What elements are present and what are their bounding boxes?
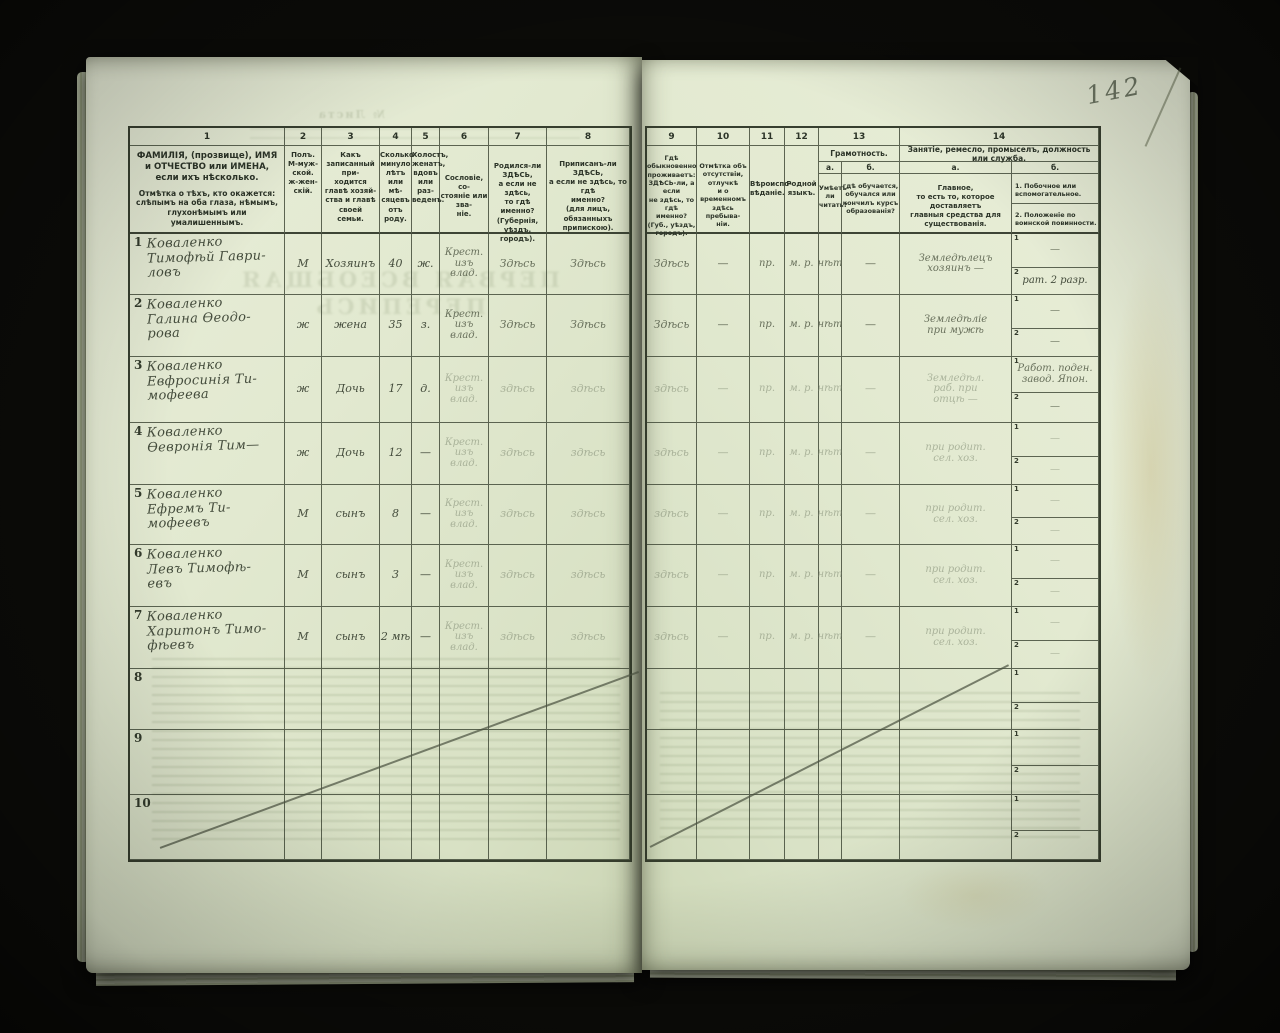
row-lives-cell (647, 669, 697, 730)
handwritten-registered (547, 730, 629, 794)
handwritten-absence: — (697, 607, 749, 668)
row-language-cell: м. р. (785, 423, 819, 485)
handwritten-reads: нѣт (819, 234, 841, 294)
row-relation-cell: жена (322, 295, 380, 357)
row-sex-cell (285, 669, 322, 730)
row-language-cell: м. р. (785, 234, 819, 295)
handwritten-estate: Крест. изъ влад. (440, 485, 488, 544)
row-military-cell: 2— (1012, 329, 1099, 357)
row-education-cell: — (842, 295, 900, 357)
row-age-cell: 17 (380, 357, 412, 423)
header-born: Родился-ли ЗДѢСЬ, а если не здѣсь, то гд… (489, 146, 547, 234)
row-age-cell: 2 мѣ (380, 607, 412, 669)
row-estate-cell: Крест. изъ влад. (440, 423, 489, 485)
handwritten-occ_side: — (1012, 234, 1098, 267)
row-age-cell (380, 730, 412, 795)
handwritten-age: 3 (380, 545, 411, 606)
row-sex-cell: М (285, 607, 322, 669)
handwritten-education: — (842, 485, 899, 544)
handwritten-name: Коваленко Харитонъ Тимо- фѣевъ (129, 605, 284, 655)
handwritten-religion: пр. (750, 357, 784, 422)
header-occupation-side: 1. Побочное или вспомогательное. (1012, 174, 1099, 204)
row-name-cell: 9 (130, 730, 285, 795)
row-language-cell: м. р. (785, 357, 819, 423)
row-occ_side-cell: 1— (1012, 295, 1099, 329)
row-relation-cell: Дочь (322, 357, 380, 423)
row-sex-cell: М (285, 234, 322, 295)
row-religion-cell (750, 669, 785, 730)
row-language-cell: м. р. (785, 485, 819, 545)
header-reads: Умѣетъ- ли читать? (819, 174, 842, 234)
row-language-cell (785, 669, 819, 730)
handwritten-marital: ж. (412, 234, 439, 294)
handwritten-lives (647, 730, 696, 794)
handwritten-education: — (842, 545, 899, 606)
row-absence-cell (697, 795, 750, 860)
row-absence-cell: — (697, 485, 750, 545)
row-sex-cell: М (285, 545, 322, 607)
handwritten-relation: Дочь (322, 423, 379, 484)
handwritten-age: 40 (380, 234, 411, 294)
row-age-cell (380, 795, 412, 860)
row-name-cell: 4Коваленко Ѳевронія Тим— (130, 423, 285, 485)
handwritten-education: — (842, 295, 899, 356)
row-age-cell: 8 (380, 485, 412, 545)
header-literacy-a-letter: а. (819, 162, 842, 174)
handwritten-absence: — (697, 295, 749, 356)
handwritten-name: Коваленко Галина Ѳеодо- рова (129, 293, 284, 343)
header-name-title: ФАМИЛІЯ, (прозвище), ИМЯ и ОТЧЕСТВО или … (134, 151, 280, 185)
row-reads-cell: нѣт (819, 545, 842, 607)
handwritten-lives: Здѣсь (647, 234, 696, 294)
column-number-3: 3 (322, 128, 380, 146)
handwritten-reads (819, 730, 841, 794)
row-absence-cell (697, 669, 750, 730)
handwritten-military: — (1012, 457, 1098, 484)
row-age-cell: 40 (380, 234, 412, 295)
handwritten-education: — (842, 234, 899, 294)
column-number-10: 10 (697, 128, 750, 146)
handwritten-registered (547, 795, 629, 859)
row-occ_side-cell: 1— (1012, 607, 1099, 641)
handwritten-registered: Здѣсь (547, 234, 629, 294)
row-reads-cell: нѣт (819, 485, 842, 545)
row-military-cell: 2— (1012, 579, 1099, 607)
handwritten-reads: нѣт (819, 357, 841, 422)
header-literacy-group: Грамотность. (819, 146, 900, 162)
handwritten-language: м. р. (785, 234, 818, 294)
handwritten-name: Коваленко Ефремъ Ти- мофеевъ (129, 483, 284, 533)
row-military-cell: 2— (1012, 393, 1099, 423)
handwritten-estate: Крест. изъ влад. (440, 234, 488, 294)
row-occ_main-cell: при родит. сел. хоз. (900, 423, 1012, 485)
handwritten-occ_side: Работ. поден. завод. Япон. (1012, 357, 1098, 392)
row-born-cell: здѣсь (489, 545, 547, 607)
row-education-cell (842, 669, 900, 730)
handwritten-occ_main (900, 730, 1011, 794)
row-born-cell (489, 730, 547, 795)
handwritten-born: здѣсь (489, 357, 546, 422)
row-registered-cell (547, 795, 630, 860)
column-number-9: 9 (647, 128, 697, 146)
row-absence-cell: — (697, 545, 750, 607)
handwritten-military: — (1012, 641, 1098, 668)
row-reads-cell (819, 730, 842, 795)
handwritten-language (785, 795, 818, 859)
row-reads-cell: нѣт (819, 357, 842, 423)
handwritten-born: Здѣсь (489, 295, 546, 356)
handwritten-relation (322, 669, 379, 729)
row-military-cell: 2— (1012, 457, 1099, 485)
row-name-cell: 8 (130, 669, 285, 730)
row-registered-cell: Здѣсь (547, 295, 630, 357)
row-military-cell: 2 (1012, 831, 1099, 860)
row-age-cell: 3 (380, 545, 412, 607)
header-lives: Гдѣ обыкновенно проживаетъ: ЗДѢСЬ-ли, а … (647, 146, 697, 234)
row-occ_main-cell (900, 669, 1012, 730)
column-number-14: 14 (900, 128, 1099, 146)
handwritten-age: 2 мѣ (380, 607, 411, 668)
handwritten-occ_side (1012, 730, 1098, 765)
handwritten-born (489, 795, 546, 859)
handwritten-marital (412, 669, 439, 729)
row-education-cell: — (842, 607, 900, 669)
row-education-cell: — (842, 545, 900, 607)
handwritten-military (1012, 703, 1098, 729)
handwritten-religion (750, 795, 784, 859)
row-estate-cell: Крест. изъ влад. (440, 607, 489, 669)
handwritten-lives: здѣсь (647, 423, 696, 484)
row-occ_main-cell (900, 795, 1012, 860)
handwritten-sex (285, 730, 321, 794)
handwritten-marital: з. (412, 295, 439, 356)
handwritten-occ_main: при родит. сел. хоз. (900, 423, 1011, 484)
handwritten-occ_main: при родит. сел. хоз. (900, 545, 1011, 606)
header-education: гдѣ обучается, обучался или кончилъ курс… (842, 174, 900, 234)
header-literacy-b-letter: б. (842, 162, 900, 174)
row-registered-cell: Здѣсь (547, 234, 630, 295)
handwritten-education (842, 795, 899, 859)
census-scan: ПЕРВАЯ ВСЕОБЩАЯ ПЕРЕПИСЬ № Листа 142 1 2… (0, 0, 1280, 1033)
handwritten-estate (440, 669, 488, 729)
handwritten-religion: пр. (750, 485, 784, 544)
handwritten-occ_main: Земледѣл. раб. при отцѣ — (900, 357, 1011, 422)
handwritten-estate: Крест. изъ влад. (440, 423, 488, 484)
header-religion: Вѣроиспо- вѣданіе. (750, 146, 785, 234)
handwritten-marital (412, 730, 439, 794)
handwritten-sex: М (285, 607, 321, 668)
row-religion-cell: пр. (750, 485, 785, 545)
row-absence-cell: — (697, 423, 750, 485)
row-lives-cell: здѣсь (647, 485, 697, 545)
handwritten-military (1012, 766, 1098, 794)
row-relation-cell: сынъ (322, 485, 380, 545)
handwritten-sex: М (285, 485, 321, 544)
row-religion-cell: пр. (750, 423, 785, 485)
handwritten-age: 35 (380, 295, 411, 356)
row-religion-cell: пр. (750, 607, 785, 669)
row-education-cell (842, 795, 900, 860)
row-language-cell: м. р. (785, 545, 819, 607)
row-absence-cell: — (697, 357, 750, 423)
row-language-cell: м. р. (785, 295, 819, 357)
header-occupation-a-letter: а. (900, 162, 1012, 174)
row-age-cell: 35 (380, 295, 412, 357)
handwritten-occ_side (1012, 669, 1098, 702)
row-born-cell: здѣсь (489, 485, 547, 545)
row-military-cell: 2рат. 2 разр. (1012, 268, 1099, 295)
row-relation-cell: сынъ (322, 607, 380, 669)
handwritten-born: здѣсь (489, 423, 546, 484)
row-religion-cell: пр. (750, 357, 785, 423)
column-number-7: 7 (489, 128, 547, 146)
row-occ_main-cell: Земледѣл. раб. при отцѣ — (900, 357, 1012, 423)
column-number-12: 12 (785, 128, 819, 146)
row-religion-cell: пр. (750, 234, 785, 295)
handwritten-age: 8 (380, 485, 411, 544)
handwritten-sex (285, 795, 321, 859)
row-occ_main-cell: при родит. сел. хоз. (900, 607, 1012, 669)
row-occ_side-cell: 1 (1012, 730, 1099, 766)
row-sex-cell (285, 730, 322, 795)
handwritten-absence: — (697, 234, 749, 294)
header-name-note: Отмѣтка о тѣхъ, кто окажется: слѣпымъ на… (134, 189, 280, 228)
handwritten-sex: ж (285, 423, 321, 484)
row-absence-cell (697, 730, 750, 795)
handwritten-education (842, 730, 899, 794)
handwritten-name: Коваленко Евфросинія Ти- мофеева (129, 355, 284, 405)
handwritten-born: здѣсь (489, 485, 546, 544)
handwritten-religion (750, 669, 784, 729)
row-estate-cell: Крест. изъ влад. (440, 295, 489, 357)
row-marital-cell: — (412, 607, 440, 669)
handwritten-born (489, 730, 546, 794)
handwritten-registered: здѣсь (547, 545, 629, 606)
handwritten-age (380, 669, 411, 729)
row-education-cell: — (842, 234, 900, 295)
row-relation-cell (322, 795, 380, 860)
handwritten-military (1012, 831, 1098, 859)
handwritten-sex: М (285, 545, 321, 606)
handwritten-lives: здѣсь (647, 357, 696, 422)
handwritten-occ_side: — (1012, 545, 1098, 578)
handwritten-occ_main: при родит. сел. хоз. (900, 607, 1011, 668)
header-registered: Приписанъ-ли ЗДѢСЬ, а если не здѣсь, то … (547, 146, 630, 234)
handwritten-reads: нѣт (819, 295, 841, 356)
handwritten-education: — (842, 423, 899, 484)
row-estate-cell (440, 669, 489, 730)
row-born-cell (489, 795, 547, 860)
handwritten-reads: нѣт (819, 423, 841, 484)
row-registered-cell: здѣсь (547, 423, 630, 485)
handwritten-marital: — (412, 423, 439, 484)
row-name-cell: 3Коваленко Евфросинія Ти- мофеева (130, 357, 285, 423)
row-military-cell: 2— (1012, 641, 1099, 669)
column-number-6: 6 (440, 128, 489, 146)
row-occ_main-cell: Земледѣліе при мужѣ (900, 295, 1012, 357)
census-table-left: 1 2 3 4 5 6 7 8 ФАМИЛІЯ, (прозвище), ИМЯ… (128, 126, 632, 862)
row-registered-cell (547, 730, 630, 795)
handwritten-reads (819, 669, 841, 729)
handwritten-relation: Дочь (322, 357, 379, 422)
row-estate-cell: Крест. изъ влад. (440, 545, 489, 607)
handwritten-born: Здѣсь (489, 234, 546, 294)
row-reads-cell: нѣт (819, 423, 842, 485)
handwritten-lives: здѣсь (647, 607, 696, 668)
row-registered-cell: здѣсь (547, 545, 630, 607)
row-language-cell (785, 795, 819, 860)
row-occ_side-cell: 1— (1012, 545, 1099, 579)
handwritten-lives: здѣсь (647, 485, 696, 544)
handwritten-absence: — (697, 545, 749, 606)
row-name-cell: 1Коваленко Тимофѣй Гаври- ловъ (130, 234, 285, 295)
row-occ_main-cell: при родит. сел. хоз. (900, 545, 1012, 607)
row-reads-cell: нѣт (819, 234, 842, 295)
handwritten-reads (819, 795, 841, 859)
handwritten-absence: — (697, 423, 749, 484)
row-estate-cell (440, 795, 489, 860)
handwritten-relation: сынъ (322, 485, 379, 544)
header-occupation-group: Занятіе, ремесло, промыселъ, должность и… (900, 146, 1099, 162)
row-military-cell: 2 (1012, 766, 1099, 795)
handwritten-registered: Здѣсь (547, 295, 629, 356)
row-occ_main-cell: Земледѣлецъ хозяинъ — (900, 234, 1012, 295)
row-born-cell: здѣсь (489, 607, 547, 669)
handwritten-born (489, 669, 546, 729)
handwritten-absence: — (697, 357, 749, 422)
handwritten-absence (697, 795, 749, 859)
handwritten-occ_side: — (1012, 485, 1098, 517)
row-marital-cell: — (412, 545, 440, 607)
row-marital-cell (412, 795, 440, 860)
row-relation-cell (322, 669, 380, 730)
row-reads-cell (819, 669, 842, 730)
row-name-cell: 2Коваленко Галина Ѳеодо- рова (130, 295, 285, 357)
handwritten-sex: ж (285, 295, 321, 356)
row-name-cell: 5Коваленко Ефремъ Ти- мофеевъ (130, 485, 285, 545)
handwritten-occ_side: — (1012, 295, 1098, 328)
row-lives-cell: здѣсь (647, 357, 697, 423)
handwritten-age: 17 (380, 357, 411, 422)
handwritten-language: м. р. (785, 295, 818, 356)
handwritten-absence (697, 669, 749, 729)
row-registered-cell: здѣсь (547, 357, 630, 423)
row-marital-cell (412, 730, 440, 795)
header-occupation-military: 2. Положеніе по воинской повинности. (1012, 204, 1099, 234)
handwritten-military: рат. 2 разр. (1012, 268, 1098, 294)
column-number-11: 11 (750, 128, 785, 146)
handwritten-military: — (1012, 329, 1098, 356)
row-marital-cell: д. (412, 357, 440, 423)
row-lives-cell (647, 730, 697, 795)
handwritten-religion (750, 730, 784, 794)
header-occupation-b-letter: б. (1012, 162, 1099, 174)
row-age-cell (380, 669, 412, 730)
column-number-13: 13 (819, 128, 900, 146)
handwritten-occ_main: Земледѣліе при мужѣ (900, 295, 1011, 356)
row-absence-cell: — (697, 607, 750, 669)
handwritten-occ_side: — (1012, 607, 1098, 640)
handwritten-sex: М (285, 234, 321, 294)
handwritten-registered: здѣсь (547, 423, 629, 484)
row-born-cell: Здѣсь (489, 234, 547, 295)
handwritten-reads: нѣт (819, 607, 841, 668)
row-marital-cell: — (412, 485, 440, 545)
handwritten-absence: — (697, 485, 749, 544)
row-estate-cell (440, 730, 489, 795)
handwritten-occ_main: Земледѣлецъ хозяинъ — (900, 234, 1011, 294)
handwritten-language (785, 669, 818, 729)
row-absence-cell: — (697, 234, 750, 295)
handwritten-estate (440, 795, 488, 859)
handwritten-language: м. р. (785, 545, 818, 606)
handwritten-military: — (1012, 579, 1098, 606)
column-number-1: 1 (130, 128, 285, 146)
handwritten-religion: пр. (750, 234, 784, 294)
header-name-column: ФАМИЛІЯ, (прозвище), ИМЯ и ОТЧЕСТВО или … (130, 146, 285, 234)
header-marital: Холостъ, женатъ, вдовъ или раз- веденъ. (412, 146, 440, 234)
row-lives-cell: здѣсь (647, 607, 697, 669)
row-education-cell (842, 730, 900, 795)
row-occ_side-cell: 1— (1012, 234, 1099, 268)
handwritten-military: — (1012, 393, 1098, 422)
row-religion-cell (750, 795, 785, 860)
handwritten-relation: сынъ (322, 545, 379, 606)
handwritten-language: м. р. (785, 423, 818, 484)
row-registered-cell: здѣсь (547, 485, 630, 545)
row-occ_side-cell: 1 (1012, 669, 1099, 703)
handwritten-occ_main (900, 795, 1011, 859)
row-marital-cell: ж. (412, 234, 440, 295)
row-occ_side-cell: 1— (1012, 423, 1099, 457)
handwritten-born: здѣсь (489, 607, 546, 668)
handwritten-name: Коваленко Ѳевронія Тим— (130, 421, 285, 456)
row-estate-cell: Крест. изъ влад. (440, 234, 489, 295)
handwritten-registered: здѣсь (547, 485, 629, 544)
handwritten-occ_main: при родит. сел. хоз. (900, 485, 1011, 544)
header-relation: Какъ записанный при- ходится главѣ хозяй… (322, 146, 380, 234)
row-education-cell: — (842, 423, 900, 485)
row-lives-cell: здѣсь (647, 423, 697, 485)
header-estate: Сословіе, со- стояніе или зва- ніе. (440, 146, 489, 234)
row-marital-cell: — (412, 423, 440, 485)
row-lives-cell: здѣсь (647, 545, 697, 607)
handwritten-sex: ж (285, 357, 321, 422)
row-born-cell: здѣсь (489, 423, 547, 485)
row-relation-cell: Дочь (322, 423, 380, 485)
row-marital-cell: з. (412, 295, 440, 357)
row-reads-cell: нѣт (819, 607, 842, 669)
row-reads-cell: нѣт (819, 295, 842, 357)
handwritten-absence (697, 730, 749, 794)
header-sex: Полъ. М-муж- ской. ж-жен- скій. (285, 146, 322, 234)
row-born-cell (489, 669, 547, 730)
row-education-cell: — (842, 485, 900, 545)
handwritten-education: — (842, 357, 899, 422)
header-language: Родной языкъ. (785, 146, 819, 234)
header-occupation-main: Главное, то есть то, которое доставляетъ… (900, 174, 1012, 234)
handwritten-language: м. р. (785, 357, 818, 422)
handwritten-registered: здѣсь (547, 607, 629, 668)
handwritten-reads: нѣт (819, 485, 841, 544)
row-education-cell: — (842, 357, 900, 423)
handwritten-military: — (1012, 518, 1098, 544)
handwritten-born: здѣсь (489, 545, 546, 606)
handwritten-education (842, 669, 899, 729)
handwritten-language: м. р. (785, 607, 818, 668)
row-age-cell: 12 (380, 423, 412, 485)
handwritten-occ_side (1012, 795, 1098, 830)
